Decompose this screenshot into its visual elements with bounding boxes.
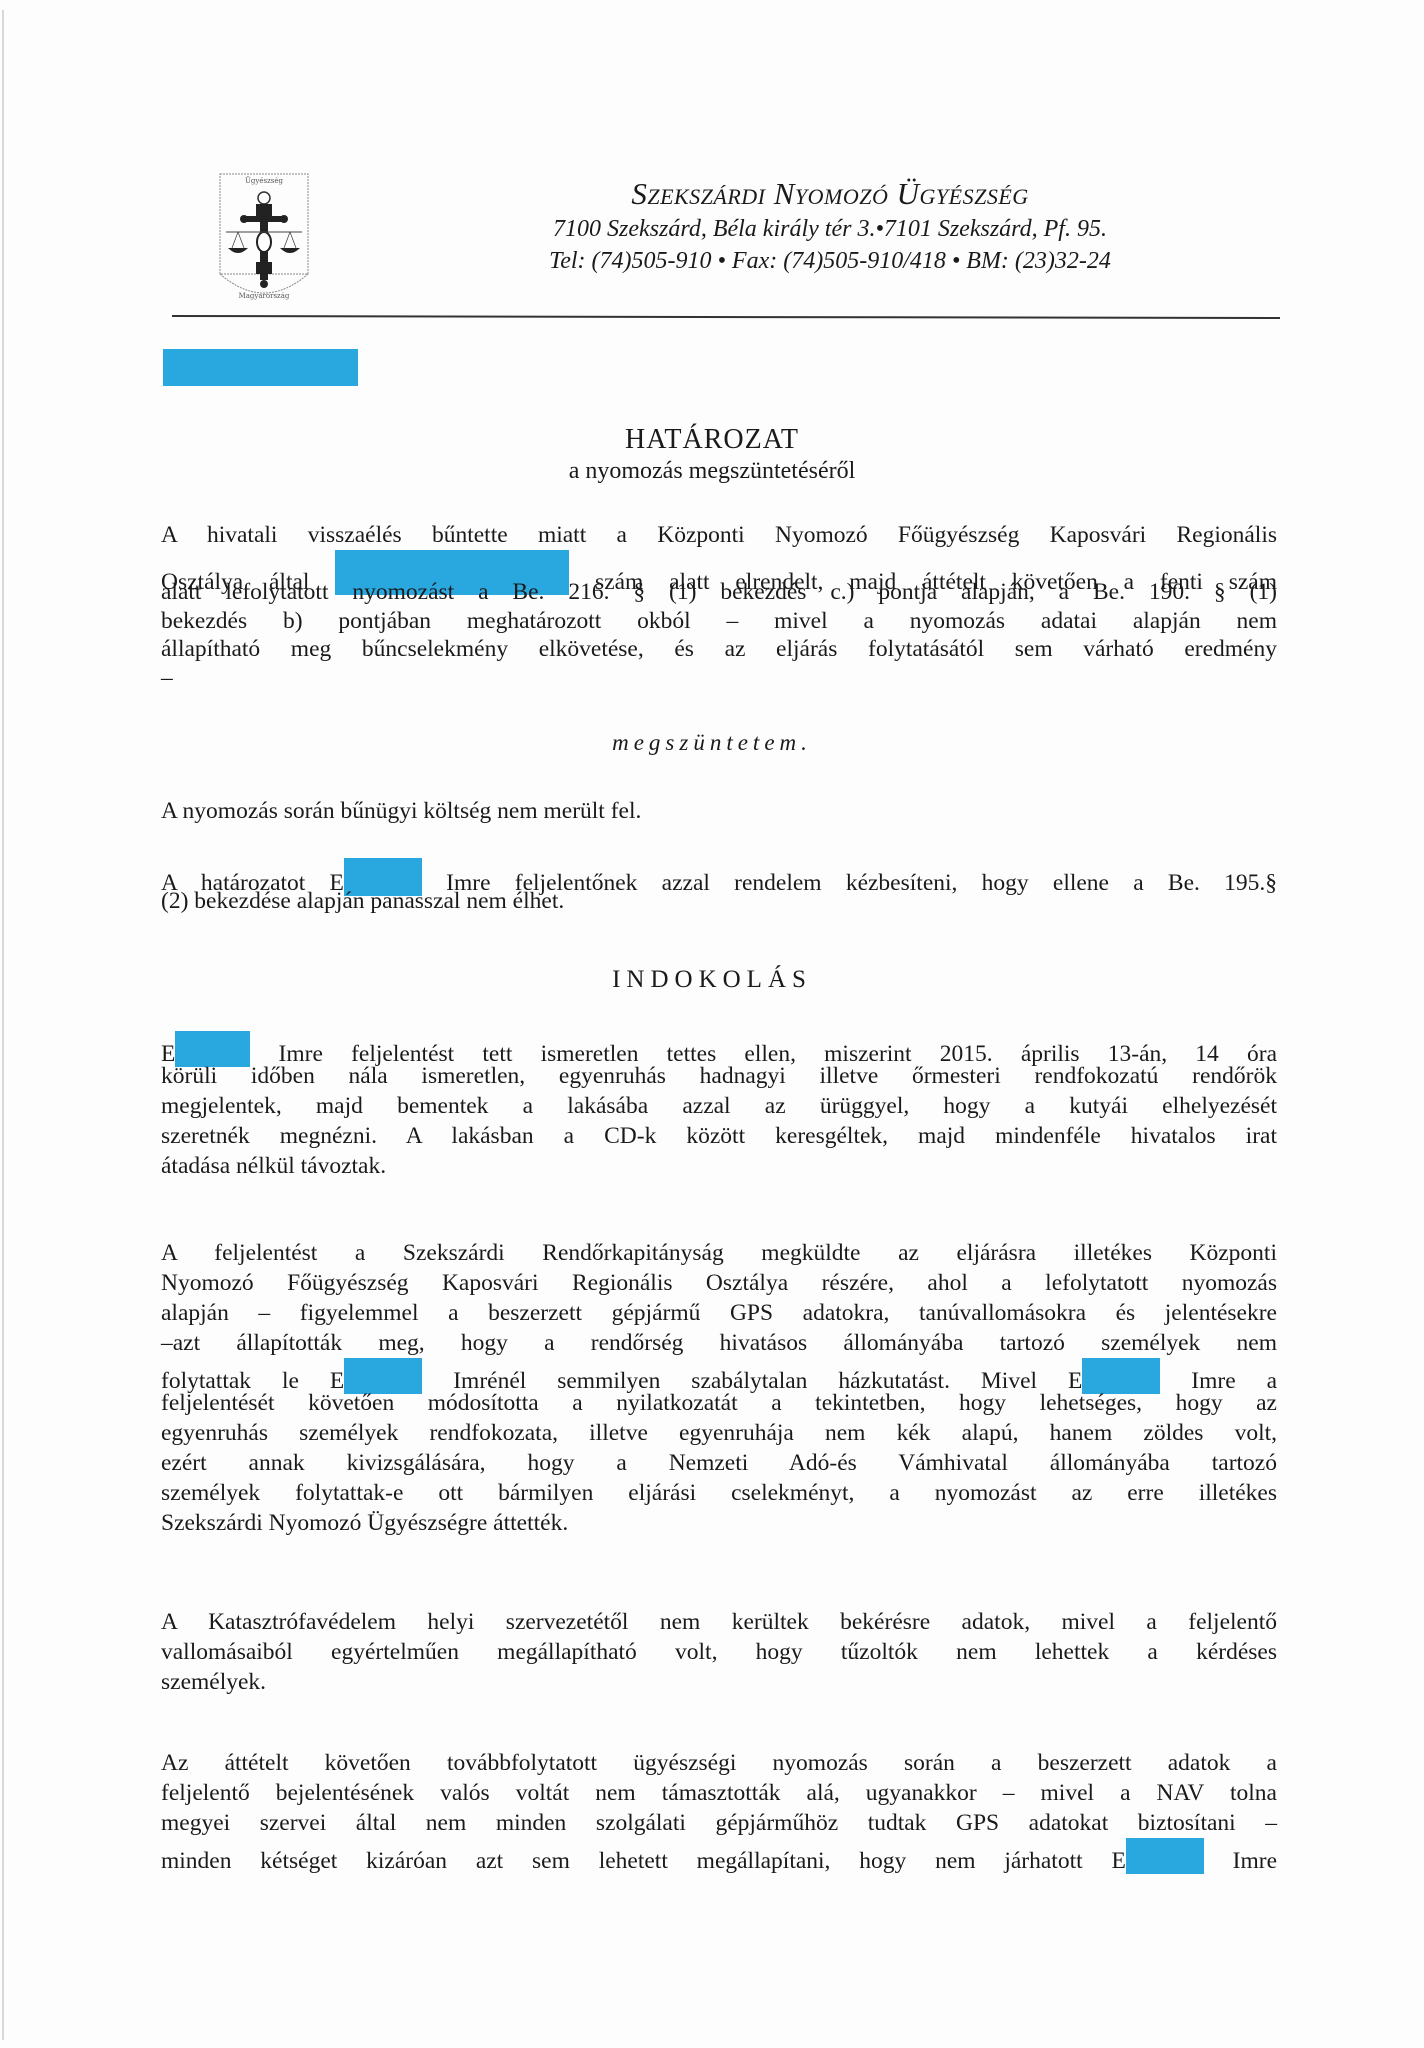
office-contacts: Tel: (74)505-910 • Fax: (74)505-910/418 … xyxy=(330,248,1330,275)
intro-paragraph: A hivatali visszaélés bűntette miatt a K… xyxy=(161,521,1277,692)
text-line: ezért annak kivizsgálására, hogy a Nemze… xyxy=(161,1448,1277,1478)
cost-paragraph: A nyomozás során bűnügyi költség nem mer… xyxy=(161,797,1277,826)
text-line: egyenruhás személyek rendfokozata, illet… xyxy=(161,1418,1277,1448)
text-line: A Katasztrófavédelem helyi szervezetétől… xyxy=(161,1607,1277,1637)
text-line: –azt állapították meg, hogy a rendőrség … xyxy=(161,1328,1277,1358)
office-address: 7100 Szekszárd, Béla király tér 3.•7101 … xyxy=(330,216,1330,243)
svg-text:Ügyészség: Ügyészség xyxy=(245,176,283,185)
text-line: vallomásaiból egyértelműen megállapíthat… xyxy=(161,1637,1277,1667)
reasoning-paragraph-1: E Imre feljelentést tett ismeretlen tett… xyxy=(161,1031,1277,1181)
text-line: minden kétséget kizáróan azt sem lehetet… xyxy=(161,1838,1277,1868)
text-line: A feljelentést a Szekszárdi Rendőrkapitá… xyxy=(161,1238,1277,1268)
text-line: megjelentek, majd bementek a lakásába az… xyxy=(161,1091,1277,1121)
reasoning-paragraph-4: Az áttételt követően továbbfolytatott üg… xyxy=(161,1748,1277,1868)
office-name: Szekszárdi Nyomozó Ügyészség xyxy=(330,176,1330,212)
redacted-name xyxy=(1126,1838,1204,1874)
text-line: szeretnék megnézni. A lakásban a CD-k kö… xyxy=(161,1121,1277,1151)
text-line: állapítható meg bűncselekmény elkövetése… xyxy=(161,635,1277,664)
reasoning-paragraph-3: A Katasztrófavédelem helyi szervezetétől… xyxy=(161,1607,1277,1697)
reasoning-paragraph-2: A feljelentést a Szekszárdi Rendőrkapitá… xyxy=(161,1238,1277,1538)
document-title: HATÁROZAT xyxy=(0,424,1424,456)
header-rule xyxy=(172,315,1280,319)
text-line: E Imre feljelentést tett ismeretlen tett… xyxy=(161,1031,1277,1061)
reasoning-heading: INDOKOLÁS xyxy=(0,966,1424,994)
decision-word: megszüntetem. xyxy=(0,730,1424,756)
text-line: Az áttételt követően továbbfolytatott üg… xyxy=(161,1748,1277,1778)
text-line: személyek. xyxy=(161,1667,1277,1697)
text-line: – xyxy=(161,664,1277,693)
scan-edge xyxy=(2,10,4,2040)
text-line: A határozatot E Imre feljelentőnek azzal… xyxy=(161,858,1277,887)
text-line: személyek folytattak-e ott bármilyen elj… xyxy=(161,1478,1277,1508)
redacted-case-number xyxy=(163,349,358,386)
text-line: Osztálya által szám alatt elrendelt, maj… xyxy=(161,550,1277,579)
text-line: A nyomozás során bűnügyi költség nem mer… xyxy=(161,797,1277,826)
prosecution-coat-of-arms-icon: Ügyészség Magyarország xyxy=(218,172,310,306)
text-line: Nyomozó Főügyészség Kaposvári Regionális… xyxy=(161,1268,1277,1298)
text-line: folytattak le E Imrénél semmilyen szabál… xyxy=(161,1358,1277,1388)
document-subtitle: a nyomozás megszüntetéséről xyxy=(0,458,1424,485)
text-line: alatt lefolytatott nyomozást a Be. 216. … xyxy=(161,578,1277,607)
text-line: átadása nélkül távoztak. xyxy=(161,1151,1277,1181)
svg-text:Magyarország: Magyarország xyxy=(239,292,290,300)
text-line: bekezdés b) pontjában meghatározott okbó… xyxy=(161,607,1277,636)
text-line: A hivatali visszaélés bűntette miatt a K… xyxy=(161,521,1277,550)
document-page: Ügyészség Magyarország Szekszárdi Nyomoz… xyxy=(0,0,1424,2048)
delivery-paragraph: A határozatot E Imre feljelentőnek azzal… xyxy=(161,858,1277,915)
text-line: feljelentő bejelentésének valós voltát n… xyxy=(161,1778,1277,1808)
text-line: megyei szervei által nem minden szolgála… xyxy=(161,1808,1277,1838)
text-line: körüli időben nála ismeretlen, egyenruhá… xyxy=(161,1061,1277,1091)
text-line: Szekszárdi Nyomozó Ügyészségre áttették. xyxy=(161,1508,1277,1538)
text-line: alapján – figyelemmel a beszerzett gépjá… xyxy=(161,1298,1277,1328)
text-line: feljelentését követően módosította a nyi… xyxy=(161,1388,1277,1418)
